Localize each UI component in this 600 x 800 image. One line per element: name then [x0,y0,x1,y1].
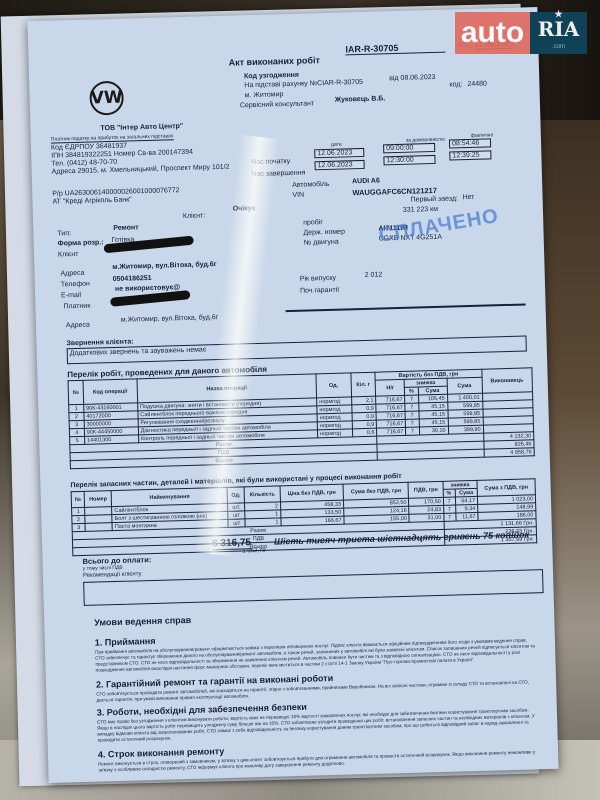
recommendations-label: Рекомендації клієнту [83,571,142,579]
vat-included-amount: 1 052,79 [242,548,266,555]
complaints-box: Додаткових звернень та зауважень немає [67,335,527,364]
payer-label: Платник [63,303,90,311]
start-date: 12.06.2023 [314,148,364,158]
end-plan-time: 12:30:00 [383,155,435,165]
col-sum: Сума без ПДВ, грн [343,482,409,500]
company-bank: АТ "Креді Агріколь Банк" [52,196,131,205]
watermark-ria-text: RIA [538,20,580,38]
recommendations-box [83,569,543,606]
mileage-label: пробіг [303,219,323,227]
col-vat: ПДВ, грн [408,481,443,498]
col-qty: Кількість [244,486,280,503]
waiting-label: Очікує [233,205,256,213]
works-table: № Код операції Назва операції Од. Кіл. г… [68,367,535,469]
year-label: Рік випуску [300,275,336,283]
document-number: IAR-R-30705 [345,42,445,56]
start-plan-time: 09:00:00 [383,143,435,153]
col-unit: Од. [316,373,351,398]
vat-included-label: у тому числі ПДВ [83,565,123,572]
client-address: м.Житомир, вул.Вітока, буд.6г [112,261,216,271]
year-value: 2 012 [365,271,383,278]
engine-label: № двигуна [304,239,339,247]
col-num: № [68,380,83,404]
first-order-value: Нет [462,194,474,201]
col-num: № [71,491,85,507]
client-phone: 0504186251 [113,275,152,283]
approval-code-title: Код узгодження [244,72,299,81]
payment-form-label: Форма розр.: [58,239,104,247]
end-fact-time: 12:39:25 [449,150,491,160]
works-grand: 4 958,76 [484,448,535,457]
start-time-label: Час початку [251,158,290,166]
watermark-domain: .com [552,38,565,56]
work-completion-act-document: VW Акт виконаних робіт IAR-R-30705 від 1… [27,7,558,783]
col-price: Н/г [376,379,405,396]
watermark-ria: ★ RIA .com [530,12,587,54]
paid-stamp: СПЛАЧЕНО [377,205,500,248]
mileage-value: 331 223 км [403,206,438,214]
document-title: Акт виконаних робіт [229,55,320,68]
autoria-watermark: auto ★ RIA .com [455,12,587,54]
col-unit: Од. [227,487,244,503]
end-time-label: Час завершення [252,170,306,178]
col-price: Ціна без ПДВ, грн [280,484,343,502]
col-date-label: дата [331,142,342,148]
first-order-label: Первый заезд: [411,195,459,203]
address-label: Адреса [60,270,84,278]
col-sum: Сума [447,377,483,394]
payer-address: м.Житомир, вул.Вітока, буд.6г [121,314,219,324]
vw-logo-icon: VW [89,81,124,116]
terms-title: Умови ведення справ [94,615,191,628]
vin-label: VIN [292,192,304,199]
col-executor: Виконавець [481,368,532,393]
payer-address-label: Адреса [66,322,90,330]
type-label: Тип: [57,230,71,237]
code-label: код: [449,81,462,88]
consultant-name: Жуковець В.Б. [335,95,386,103]
col-total: Сума з ПДВ, грн [477,479,535,497]
client-label-right: Клієнт: [183,212,205,220]
email-label: E-mail [61,292,81,300]
company-name: ТОВ "Інтер Авто Центр" [100,123,183,132]
warranty-label: Поч.гарантії [300,287,339,295]
col-code: Код операції [83,379,138,404]
invoice-basis: На підставі рахунку №CIAR-R-30705 [244,79,363,89]
type-value: Ремонт [113,224,139,232]
plate-label: Держ. номер [303,228,345,236]
invoice-basis-date: від 08.06.2023 [389,74,436,82]
client-label: Клієнт [58,251,79,259]
car-label: Автомобіль [292,181,329,189]
terms-heading-4: 4. Строк виконання ремонту [98,746,225,760]
terms-text-1: При прийманні автомобіля на обслуговуван… [95,637,535,673]
car-model: AUDI A6 [352,177,380,185]
end-date: 12.06.2023 [314,160,364,170]
watermark-auto: auto [455,12,530,54]
phone-label: Телефон [61,281,90,289]
divider [286,303,526,311]
col-number: Номер [84,491,111,508]
logo-text: VW [90,88,122,109]
consultant-label: Сервісний консультант [240,100,314,109]
code-value: 24480 [467,80,487,88]
terms-heading-1: 1. Приймання [95,636,156,648]
complaints-text: Додаткових звернень та зауважень немає [70,346,207,357]
city: м. Житомир [245,91,284,99]
start-fact-time: 08:54:46 [449,138,491,148]
col-qty: Кіл. г [350,372,376,397]
